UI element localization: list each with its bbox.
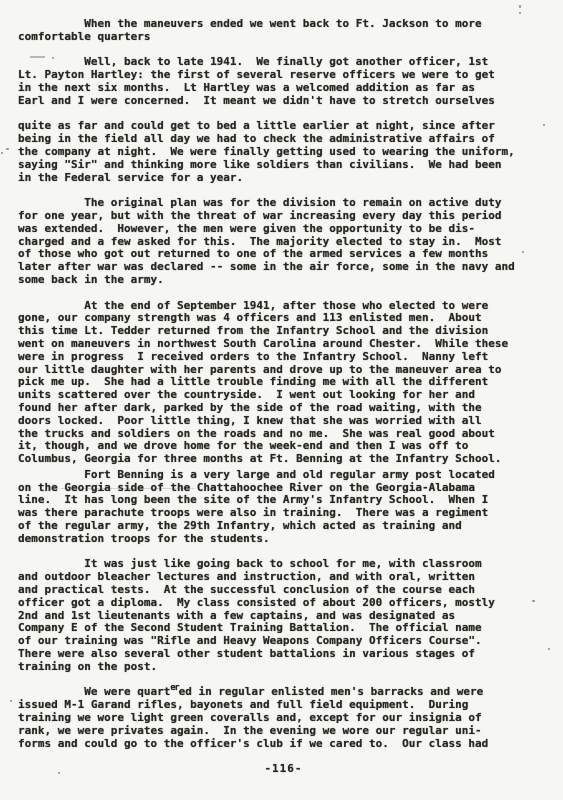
paragraph-back-to-1941: Well, back to late 1941. We finally got … xyxy=(18,56,549,107)
scan-artifact xyxy=(58,772,60,774)
scan-artifact xyxy=(532,600,535,602)
scan-artifact xyxy=(60,488,195,489)
scan-artifact xyxy=(543,124,545,126)
scan-artifact xyxy=(519,12,521,14)
paragraph-end-of-september: At the end of September 1941, after thos… xyxy=(18,300,549,466)
scan-artifact xyxy=(1,152,3,154)
paragraph-quartered: We were quartered in regular enlisted me… xyxy=(18,686,549,750)
paragraph-original-plan: The original plan was for the division t… xyxy=(18,197,549,287)
paragraph-quartered-pre: We were quart xyxy=(18,685,170,698)
handwritten-insertion: er xyxy=(170,684,178,692)
scan-artifact xyxy=(30,56,45,58)
scan-artifact xyxy=(548,648,550,650)
paragraph-fort-benning: Fort Benning is a very large and old reg… xyxy=(18,469,549,546)
paragraph-quite-as-far: quite as far and could get to bed a litt… xyxy=(18,120,549,184)
scan-artifact xyxy=(52,57,54,59)
paragraph-maneuvers-ended: When the maneuvers ended we went back to… xyxy=(18,18,549,44)
scanned-page: When the maneuvers ended we went back to… xyxy=(0,0,563,800)
scan-artifact xyxy=(10,700,12,702)
scan-artifact xyxy=(519,5,521,8)
scan-artifact xyxy=(6,148,9,150)
scan-artifact xyxy=(522,251,524,253)
paragraph-back-to-school: It was just like going back to school fo… xyxy=(18,558,549,673)
page-number: -116- xyxy=(18,763,549,776)
